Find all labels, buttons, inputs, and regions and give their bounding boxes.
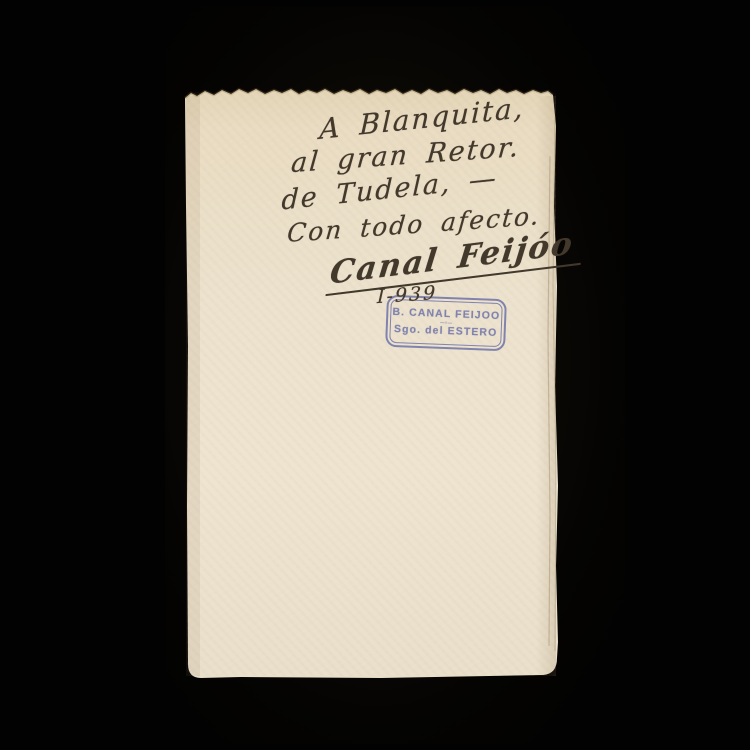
book-page: A Blanquita, al gran Retor. de Tudela, —…	[181, 86, 562, 682]
stamp-city: Sgo. del ESTERO	[394, 324, 498, 339]
ink-stamp-inner-border: B. CANAL FEIJOO –◦– Sgo. del ESTERO	[389, 299, 503, 347]
inscription-date: I-939	[377, 282, 438, 308]
